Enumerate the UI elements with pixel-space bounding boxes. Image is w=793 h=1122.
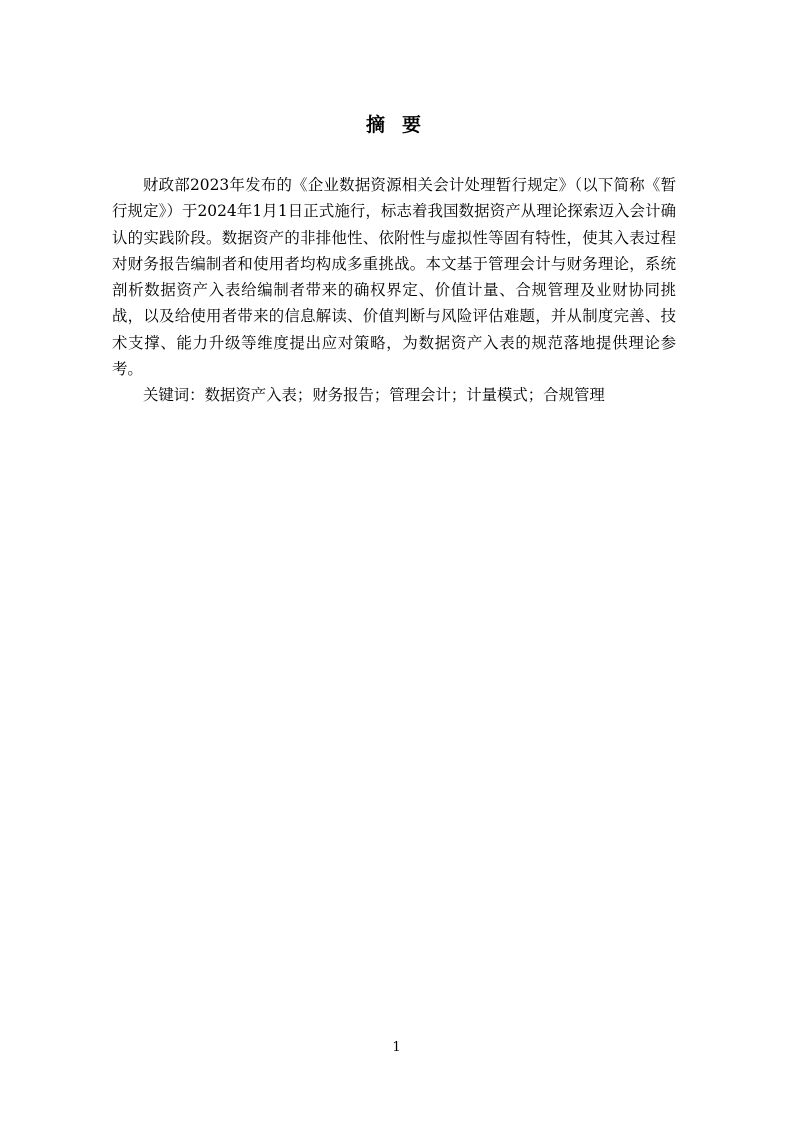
document-page: 摘要 财政部2023年发布的《企业数据资源相关会计处理暂行规定》（以下简称《暂行… <box>0 0 793 1122</box>
abstract-title: 摘要 <box>0 113 793 137</box>
abstract-paragraph: 财政部2023年发布的《企业数据资源相关会计处理暂行规定》（以下简称《暂行规定》… <box>112 172 676 382</box>
page-number: 1 <box>0 1040 793 1056</box>
abstract-body: 财政部2023年发布的《企业数据资源相关会计处理暂行规定》（以下简称《暂行规定》… <box>112 172 676 409</box>
keywords-label: 关键词： <box>143 386 205 404</box>
keywords-list: 数据资产入表；财务报告；管理会计；计量模式；合规管理 <box>205 386 605 404</box>
keywords-line: 关键词：数据资产入表；财务报告；管理会计；计量模式；合规管理 <box>112 382 676 408</box>
